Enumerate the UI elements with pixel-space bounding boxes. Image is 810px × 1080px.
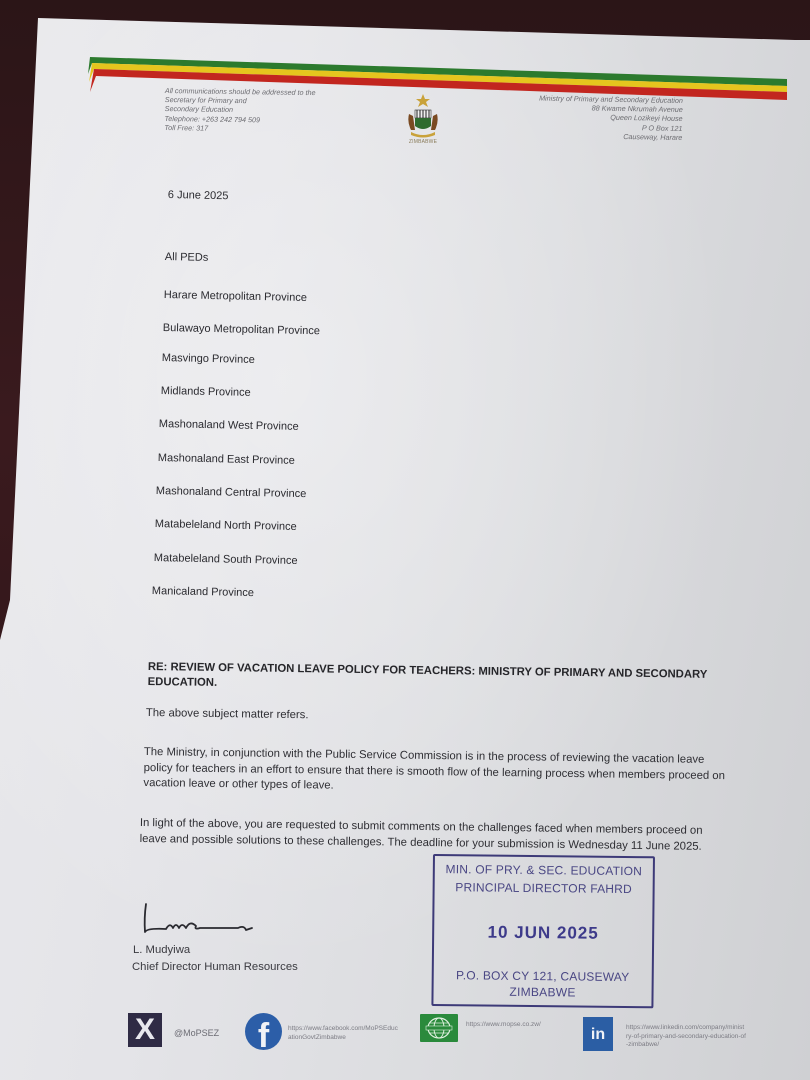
x-logo-icon: X (128, 1013, 162, 1047)
linkedin-icon: in (583, 1017, 613, 1051)
recipient-heading: All PEDs (165, 251, 209, 264)
stamp-ministry: MIN. OF PRY. & SEC. EDUCATION (435, 862, 653, 878)
signer-name: L. Mudyiwa (133, 944, 190, 956)
x-handle[interactable]: @MoPSEZ (174, 1028, 219, 1038)
stamp-country: ZIMBABWE (433, 984, 651, 1000)
recipient-province: Midlands Province (161, 385, 251, 399)
facebook-icon: f (245, 1013, 282, 1050)
globe-icon (420, 1014, 458, 1042)
recipient-province: Manicaland Province (152, 585, 254, 599)
stamp-office: PRINCIPAL DIRECTOR FAHRD (435, 880, 653, 896)
letterhead-contact-block: All communications should be addressed t… (164, 86, 385, 135)
recipient-province: Masvingo Province (162, 352, 255, 366)
stamp-date: 10 JUN 2025 (434, 922, 652, 944)
ministry-address-block: Ministry of Primary and Secondary Educat… (469, 92, 683, 142)
paragraph-context: The Ministry, in conjunction with the Pu… (143, 745, 734, 800)
emblem-caption: ZIMBABWE (404, 139, 442, 145)
facebook-url[interactable]: https://www.facebook.com/MoPSEducationGo… (288, 1024, 398, 1042)
paper-highlight (0, 0, 810, 1080)
stamp-po-box: P.O. BOX CY 121, CAUSEWAY (434, 968, 652, 984)
signature (126, 898, 276, 948)
received-stamp: MIN. OF PRY. & SEC. EDUCATION PRINCIPAL … (431, 854, 655, 1008)
letter-date: 6 June 2025 (168, 189, 229, 202)
signer-title: Chief Director Human Resources (132, 961, 298, 973)
linkedin-url[interactable]: https://www.linkedin.com/company/ministr… (626, 1024, 746, 1050)
website-url[interactable]: https://www.mopse.co.zw/ (466, 1021, 541, 1028)
